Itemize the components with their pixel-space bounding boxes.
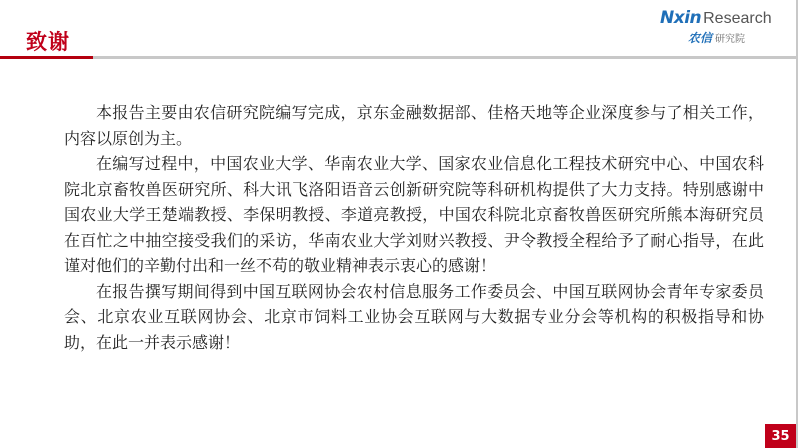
right-border bbox=[796, 0, 798, 448]
paragraph-3: 在报告撰写期间得到中国互联网协会农村信息服务工作委员会、中国互联网协会青年专家委… bbox=[64, 279, 764, 356]
header-divider-accent bbox=[0, 56, 93, 59]
page-title: 致谢 bbox=[26, 26, 70, 56]
acknowledgement-body: 本报告主要由农信研究院编写完成，京东金融数据部、佳格天地等企业深度参与了相关工作… bbox=[64, 100, 764, 355]
page-number-badge: 35 bbox=[765, 424, 796, 448]
paragraph-2: 在编写过程中，中国农业大学、华南农业大学、国家农业信息化工程技术研究中心、中国农… bbox=[64, 151, 764, 279]
logo-cn-suffix: 研究院 bbox=[715, 34, 745, 45]
logo-suffix: Research bbox=[703, 10, 771, 27]
logo-brand: Nxin bbox=[660, 8, 701, 28]
nxin-research-logo: NxinResearch 农信研究院 bbox=[660, 8, 790, 44]
paragraph-1: 本报告主要由农信研究院编写完成，京东金融数据部、佳格天地等企业深度参与了相关工作… bbox=[64, 100, 764, 151]
logo-cn-brand: 农信 bbox=[688, 31, 712, 45]
header-divider bbox=[0, 56, 796, 59]
